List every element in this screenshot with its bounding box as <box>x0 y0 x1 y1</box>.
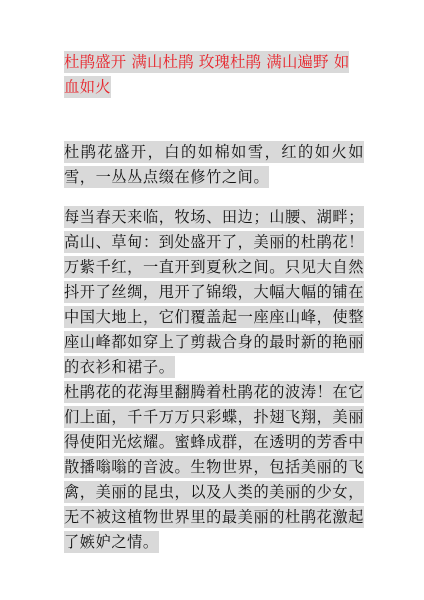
paragraph-2: 每当春天来临，牧场、田边；山腰、湖畔；高山、草甸：到处盛开了，美丽的杜鹃花！万紫… <box>64 205 364 380</box>
title-text: 杜鹃盛开 满山杜鹃 玫瑰杜鹃 满山遍野 如血如火 <box>64 51 349 98</box>
paragraph-text: 每当春天来临，牧场、田边；山腰、湖畔；高山、草甸：到处盛开了，美丽的杜鹃花！万紫… <box>64 206 364 378</box>
paragraph-3: 杜鹃花的花海里翻腾着杜鹃花的波涛！在它们上面，千千万万只彩蝶，扑翅飞翔，美丽得使… <box>64 380 364 555</box>
document-title: 杜鹃盛开 满山杜鹃 玫瑰杜鹃 满山遍野 如血如火 <box>64 50 364 100</box>
paragraph-text: 杜鹃花的花海里翻腾着杜鹃花的波涛！在它们上面，千千万万只彩蝶，扑翅飞翔，美丽得使… <box>64 381 364 553</box>
paragraph-text: 杜鹃花盛开，白的如棉如雪，红的如火如雪，一丛丛点缀在修竹之间。 <box>64 141 364 188</box>
paragraph-1: 杜鹃花盛开，白的如棉如雪，红的如火如雪，一丛丛点缀在修竹之间。 <box>64 140 364 190</box>
